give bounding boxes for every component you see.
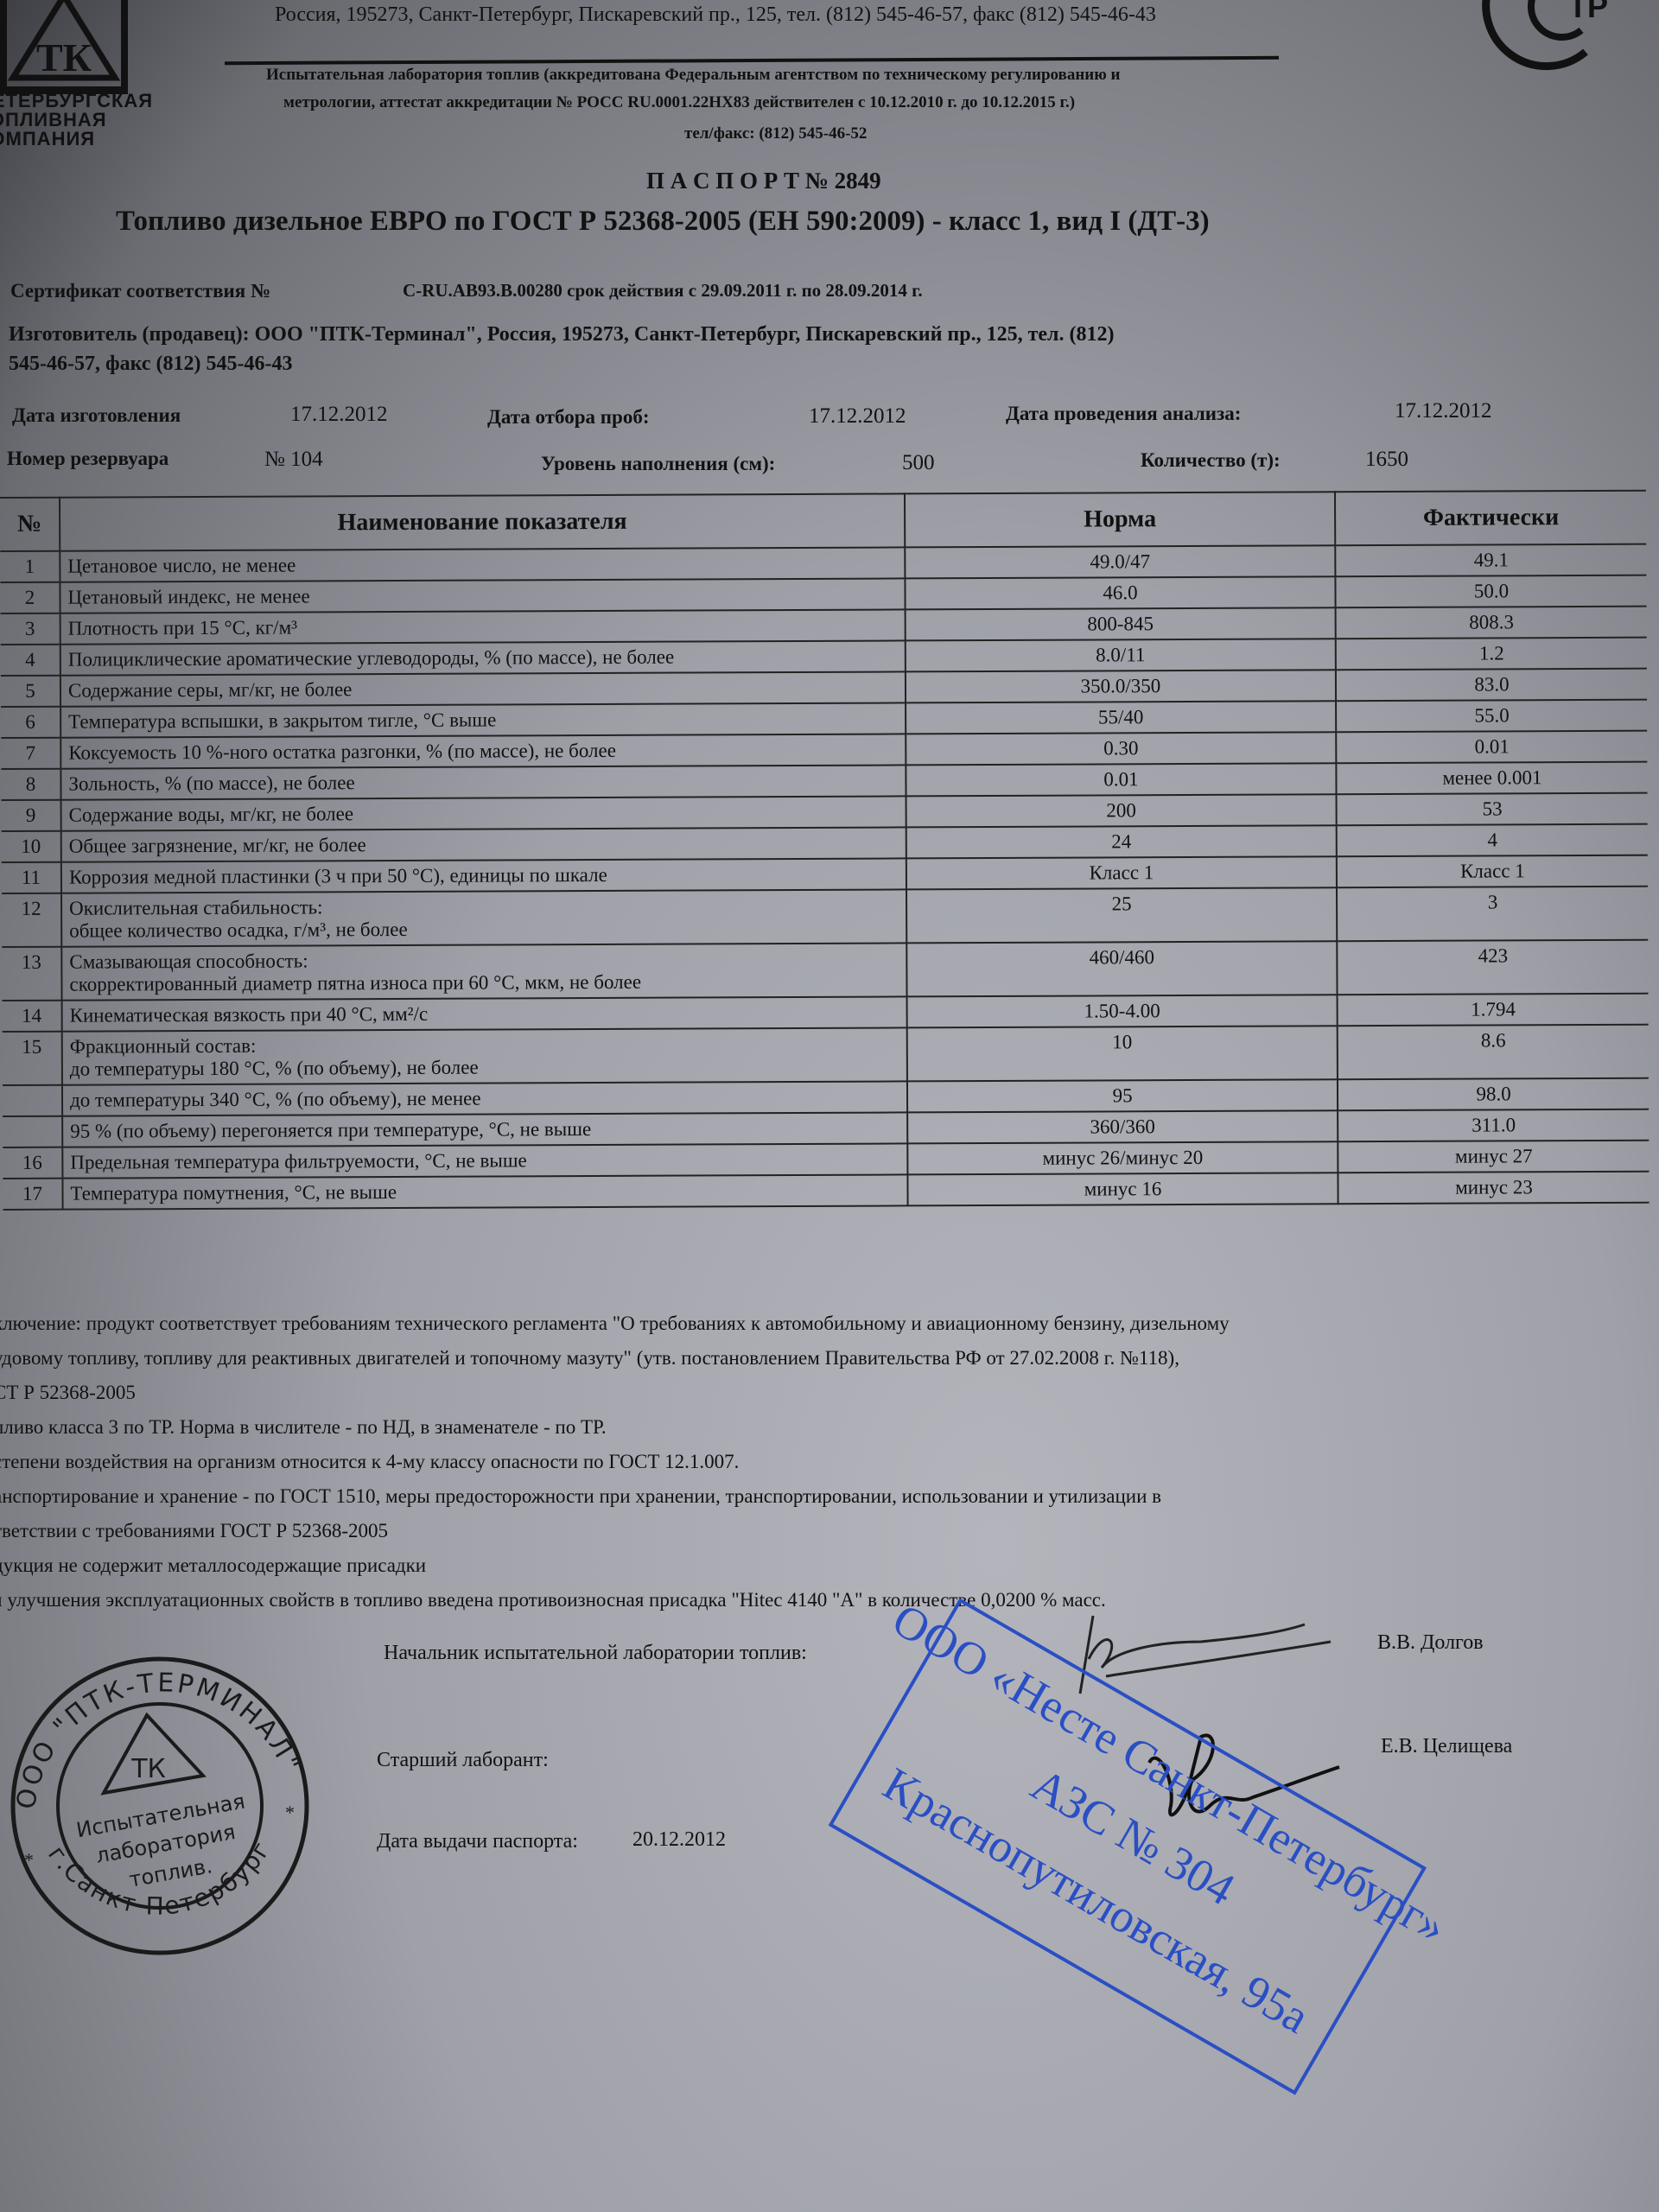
note-line: СТ Р 52368-2005 — [0, 1376, 1230, 1410]
indicator-name-line: Содержание воды, мг/кг, не более — [69, 800, 899, 826]
table-header-row: № Наименование показателя Норма Фактичес… — [0, 491, 1646, 551]
norm-value: 10 — [907, 1026, 1338, 1081]
indicator-name-line: Температура вспышки, в закрытом тигле, °… — [68, 707, 898, 733]
row-number: 5 — [1, 676, 60, 707]
manufacturer-line-2: 545-46-57, факс (812) 545-46-43 — [9, 353, 292, 376]
indicator-name: Фракционный состав:до температуры 180 °С… — [62, 1027, 907, 1084]
passport-title: П А С П О Р Т № 2849 — [646, 168, 881, 194]
svg-text:*: * — [285, 1802, 295, 1823]
indicator-name-line: до температуры 340 °С, % (по объему), не… — [70, 1085, 899, 1111]
norm-value: 8.0/11 — [906, 639, 1336, 671]
row-number: 8 — [1, 769, 60, 800]
company-logo: ТК ПЕТЕРБУРГСКАЯ ТОПЛИВНАЯ КОМПАНИЯ — [0, 0, 147, 138]
row-number: 6 — [1, 707, 60, 738]
indicator-name-line: Предельная температура фильтруемости, °С… — [70, 1147, 899, 1173]
norm-value: минус 16 — [907, 1173, 1338, 1205]
lab-phone: тел/факс: (812) 545-46-52 — [684, 124, 867, 143]
actual-value: 55.0 — [1336, 700, 1647, 733]
actual-value: 3 — [1337, 887, 1648, 942]
row-number — [3, 1085, 62, 1116]
norm-value: 350.0/350 — [906, 670, 1336, 702]
issue-date-label: Дата выдачи паспорта: — [377, 1830, 578, 1853]
indicator-name: Коррозия медной пластинки (3 ч при 50 °С… — [61, 858, 906, 893]
col-header-norm: Норма — [905, 492, 1335, 547]
norm-value: 800-845 — [906, 607, 1336, 640]
indicator-name: Цетановый индекс, не менее — [60, 578, 905, 613]
svg-text:ТК: ТК — [36, 35, 92, 79]
indicator-name-line: Кинематическая вязкость при 40 °С, мм²/с — [70, 1001, 899, 1027]
indicator-name-line: скорректированный диаметр пятна износа п… — [69, 969, 899, 995]
indicator-name: Предельная температура фильтруемости, °С… — [62, 1143, 907, 1178]
indicator-name-line: Цетановый индекс, не менее — [67, 582, 897, 608]
quantity-value: 1650 — [1365, 448, 1408, 472]
actual-value: 98.0 — [1338, 1078, 1649, 1111]
norm-value: 460/460 — [906, 941, 1337, 996]
actual-value: 83.0 — [1336, 669, 1647, 702]
table-row: 13Смазывающая способность:скорректирован… — [2, 940, 1648, 1001]
indicator-name-line: до температуры 180 °С, % (по объему), не… — [70, 1054, 899, 1080]
senior-lab-assistant-label: Старший лаборант: — [377, 1749, 549, 1772]
norm-value: 95 — [907, 1079, 1338, 1112]
indicator-name: Кинематическая вязкость при 40 °С, мм²/с — [62, 996, 907, 1031]
fuel-passport-document: ТК ПЕТЕРБУРГСКАЯ ТОПЛИВНАЯ КОМПАНИЯ ТР Р… — [0, 0, 1659, 2212]
indicator-name-line: Общее загрязнение, мг/кг, не более — [69, 831, 899, 857]
indicator-name-line: Содержание серы, мг/кг, не более — [68, 676, 898, 702]
tank-value: № 104 — [264, 448, 323, 472]
col-header-indicator: Наименование показателя — [60, 493, 905, 550]
row-number: 3 — [1, 613, 60, 645]
note-line: удовому топливу, топливу для реактивных … — [0, 1341, 1230, 1376]
indicator-name: Окислительная стабильность:общее количес… — [61, 889, 906, 946]
actual-value: 1.794 — [1338, 994, 1649, 1027]
tank-label: Номер резервуара — [7, 448, 168, 470]
logo-line: ТОПЛИВНАЯ — [0, 111, 153, 130]
actual-value: 1.2 — [1336, 638, 1647, 671]
actual-value: 53 — [1337, 793, 1648, 826]
indicator-name: Смазывающая способность:скорректированны… — [61, 943, 906, 1000]
note-line: ключение: продукт соответствует требован… — [0, 1306, 1230, 1341]
actual-value: 49.1 — [1335, 544, 1646, 577]
sampling-date: 17.12.2012 — [809, 404, 906, 429]
actual-value: 0.01 — [1336, 731, 1647, 764]
indicator-name-line: Коксуемость 10 %-ного остатка разгонки, … — [68, 738, 898, 764]
col-header-actual: Фактически — [1335, 491, 1646, 546]
analysis-date-label: Дата проведения анализа: — [1006, 403, 1241, 425]
norm-value: 55/40 — [906, 701, 1336, 734]
row-number: 11 — [2, 862, 61, 893]
actual-value: 311.0 — [1338, 1109, 1649, 1142]
row-number: 16 — [3, 1147, 62, 1179]
actual-value: менее 0.001 — [1336, 762, 1647, 795]
lab-accreditation-line-1: Испытательная лаборатория топлив (аккред… — [266, 66, 1120, 85]
svg-text:ТР: ТР — [1568, 0, 1608, 24]
indicator-name: Содержание воды, мг/кг, не более — [61, 796, 906, 830]
logo-line: ПЕТЕРБУРГСКАЯ — [0, 92, 153, 111]
indicator-name: Зольность, % (по массе), не более — [60, 765, 906, 799]
actual-value: минус 23 — [1338, 1172, 1649, 1205]
norm-value: 200 — [906, 794, 1337, 827]
row-number: 1 — [0, 551, 60, 582]
row-number: 2 — [0, 582, 60, 613]
row-number: 13 — [2, 947, 61, 1001]
certificate-label: Сертификат соответствия № — [10, 280, 270, 302]
actual-value: 4 — [1337, 824, 1648, 857]
indicator-name: Цетановое число, не менее — [60, 547, 905, 582]
norm-value: 46.0 — [905, 576, 1335, 609]
lab-accreditation-line-2: метрологии, аттестат аккредитации № РОСС… — [283, 93, 1075, 112]
production-date-label: Дата изготовления — [12, 404, 181, 427]
head-of-lab-label: Начальник испытательной лаборатории топл… — [384, 1642, 807, 1665]
note-line: анспортирование и хранение - по ГОСТ 151… — [0, 1479, 1230, 1514]
indicator-name-line: Плотность при 15 °С, кг/м³ — [68, 613, 898, 639]
note-line: тветствии с требованиями ГОСТ Р 52368-20… — [0, 1514, 1230, 1548]
svg-text:ООО «Несте Санкт-Петербург»: ООО «Несте Санкт-Петербург» — [884, 1593, 1452, 1953]
actual-value: 8.6 — [1338, 1025, 1649, 1080]
row-number — [3, 1116, 62, 1147]
tr-certification-logo-icon: ТР — [1456, 0, 1629, 86]
neste-station-stamp-icon: ООО «Несте Санкт-Петербург» АЗС № 304 Кр… — [760, 1555, 1452, 2143]
actual-value: 423 — [1337, 940, 1648, 995]
indicator-name: 95 % (по объему) перегоняется при темпер… — [62, 1112, 907, 1147]
norm-value: 49.0/47 — [905, 545, 1335, 578]
actual-value: 50.0 — [1335, 575, 1646, 608]
sampling-date-label: Дата отбора проб: — [487, 406, 650, 429]
indicator-name: Температура помутнения, °С, не выше — [62, 1174, 907, 1209]
norm-value: 0.01 — [906, 763, 1336, 796]
norm-value: 24 — [906, 825, 1337, 858]
norm-value: 1.50-4.00 — [907, 995, 1338, 1027]
indicator-name-line: Полициклические ароматические углеводоро… — [68, 645, 898, 671]
row-number: 17 — [3, 1179, 62, 1210]
norm-value: 360/360 — [907, 1110, 1338, 1143]
header-divider — [225, 56, 1279, 65]
col-header-number: № — [0, 498, 60, 551]
row-number: 9 — [2, 800, 61, 831]
company-address: Россия, 195273, Санкт-Петербург, Пискаре… — [275, 3, 1156, 27]
indicator-name: до температуры 340 °С, % (по объему), не… — [62, 1081, 907, 1116]
norm-value: 0.30 — [906, 732, 1336, 765]
indicator-name-line: Зольность, % (по массе), не более — [68, 769, 898, 795]
row-number: 12 — [2, 893, 61, 947]
lab-round-stamp-icon: ООО "ПТК-ТЕРМИНАЛ" г.Санкт-Петербург ТК … — [0, 1646, 328, 1957]
indicator-name: Содержание серы, мг/кг, не более — [60, 671, 906, 706]
issue-date: 20.12.2012 — [632, 1828, 726, 1852]
svg-text:ТК: ТК — [130, 1754, 166, 1784]
certificate-value: C-RU.AB93.B.00280 срок действия с 29.09.… — [403, 280, 923, 302]
passport-subtitle: Топливо дизельное ЕВРО по ГОСТ Р 52368-2… — [116, 206, 1210, 238]
indicator-name: Общее загрязнение, мг/кг, не более — [61, 827, 906, 861]
indicator-name-line: 95 % (по объему) перегоняется при темпер… — [70, 1116, 899, 1142]
indicator-name: Плотность при 15 °С, кг/м³ — [60, 609, 906, 644]
norm-value: 25 — [906, 887, 1337, 943]
test-results-table: № Наименование показателя Норма Фактичес… — [0, 490, 1649, 1211]
quantity-label: Количество (т): — [1141, 449, 1281, 472]
row-number: 4 — [1, 645, 60, 676]
actual-value: 808.3 — [1336, 607, 1647, 639]
indicator-name-line: общее количество осадка, г/м³, не более — [69, 916, 899, 942]
row-number: 10 — [2, 831, 61, 862]
production-date: 17.12.2012 — [290, 403, 388, 427]
indicator-name: Полициклические ароматические углеводоро… — [60, 640, 906, 675]
norm-value: Класс 1 — [906, 856, 1337, 889]
manufacturer-line-1: Изготовитель (продавец): ООО "ПТК-Термин… — [9, 323, 1115, 346]
indicator-name: Коксуемость 10 %-ного остатка разгонки, … — [60, 734, 906, 768]
indicator-name-line: Цетановое число, не менее — [67, 551, 897, 577]
logo-line: КОМПАНИЯ — [0, 130, 153, 149]
tk-triangle-logo-icon: ТК — [0, 0, 147, 95]
note-line: пливо класса 3 по ТР. Норма в числителе … — [0, 1410, 1230, 1445]
row-number: 14 — [3, 1001, 62, 1032]
row-number: 7 — [1, 738, 60, 769]
table-row: 15Фракционный состав:до температуры 180 … — [3, 1025, 1649, 1085]
actual-value: Класс 1 — [1337, 855, 1648, 888]
note-line: степени воздействия на организм относитс… — [0, 1445, 1230, 1479]
svg-text:*: * — [24, 1849, 34, 1871]
table-row: 12Окислительная стабильность:общее колич… — [2, 887, 1648, 947]
analysis-date: 17.12.2012 — [1395, 399, 1492, 423]
fill-level-value: 500 — [902, 451, 935, 475]
indicator-name: Температура вспышки, в закрытом тигле, °… — [60, 702, 906, 737]
fill-level-label: Уровень наполнения (см): — [541, 453, 775, 475]
table-row: 17Температура помутнения, °С, не вышемин… — [3, 1172, 1649, 1210]
row-number: 15 — [3, 1032, 62, 1085]
actual-value: минус 27 — [1338, 1141, 1649, 1173]
norm-value: минус 26/минус 20 — [907, 1141, 1338, 1174]
indicator-name-line: Температура помутнения, °С, не выше — [70, 1179, 899, 1205]
indicator-name-line: Коррозия медной пластинки (3 ч при 50 °С… — [69, 862, 899, 888]
